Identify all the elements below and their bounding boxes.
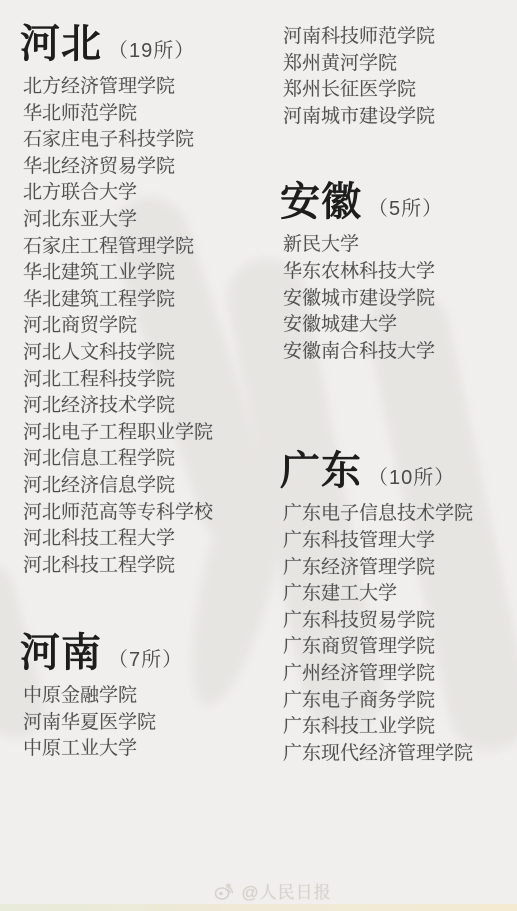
section-header-henan: 河南 （7所） bbox=[20, 629, 270, 677]
school-item: 河北科技工程大学 bbox=[23, 526, 270, 553]
school-item: 广东建工大学 bbox=[283, 581, 517, 608]
school-item: 郑州长征医学院 bbox=[283, 77, 517, 104]
school-item: 广东电子信息技术学院 bbox=[283, 501, 517, 528]
school-item: 广东现代经济管理学院 bbox=[283, 741, 517, 768]
school-item: 安徽南合科技大学 bbox=[283, 339, 517, 366]
left-column: 河北 （19所） 北方经济管理学院 华北师范学院 石家庄电子科技学院 华北经济贸… bbox=[20, 20, 270, 763]
province-name-hebei: 河北 bbox=[20, 20, 102, 68]
school-item: 新民大学 bbox=[283, 232, 517, 259]
section-header-anhui: 安徽 （5所） bbox=[280, 178, 517, 226]
province-name-anhui: 安徽 bbox=[280, 178, 362, 226]
school-item: 广东科技管理大学 bbox=[283, 528, 517, 555]
school-item: 河北科技工程学院 bbox=[23, 553, 270, 580]
school-item: 河北信息工程学院 bbox=[23, 446, 270, 473]
section-header-guangdong: 广东 （10所） bbox=[280, 447, 517, 495]
school-item: 石家庄工程管理学院 bbox=[23, 234, 270, 261]
school-item: 河北经济信息学院 bbox=[23, 473, 270, 500]
school-item: 华北建筑工业学院 bbox=[23, 260, 270, 287]
school-item: 河北电子工程职业学院 bbox=[23, 420, 270, 447]
school-item: 河南华夏医学院 bbox=[23, 710, 270, 737]
school-item: 河北商贸学院 bbox=[23, 313, 270, 340]
school-list-hebei: 北方经济管理学院 华北师范学院 石家庄电子科技学院 华北经济贸易学院 北方联合大… bbox=[20, 74, 270, 579]
school-item: 华北师范学院 bbox=[23, 101, 270, 128]
province-count-hebei: （19所） bbox=[108, 27, 195, 75]
school-list-henan: 中原金融学院 河南华夏医学院 中原工业大学 bbox=[20, 683, 270, 763]
school-item: 广东科技工业学院 bbox=[283, 714, 517, 741]
right-column: 河南科技师范学院 郑州黄河学院 郑州长征医学院 河南城市建设学院 安徽 （5所）… bbox=[280, 24, 517, 767]
weibo-icon bbox=[213, 881, 235, 901]
school-item: 北方经济管理学院 bbox=[23, 74, 270, 101]
bottom-edge-strip bbox=[0, 904, 517, 911]
section-hebei: 河北 （19所） 北方经济管理学院 华北师范学院 石家庄电子科技学院 华北经济贸… bbox=[20, 20, 270, 579]
province-count-henan: （7所） bbox=[108, 636, 183, 684]
school-item: 安徽城市建设学院 bbox=[283, 286, 517, 313]
section-anhui: 安徽 （5所） 新民大学 华东农林科技大学 安徽城市建设学院 安徽城建大学 安徽… bbox=[280, 178, 517, 365]
school-list-anhui: 新民大学 华东农林科技大学 安徽城市建设学院 安徽城建大学 安徽南合科技大学 bbox=[280, 232, 517, 365]
school-item: 中原工业大学 bbox=[23, 736, 270, 763]
province-name-guangdong: 广东 bbox=[280, 447, 362, 495]
school-item: 华北经济贸易学院 bbox=[23, 154, 270, 181]
province-count-guangdong: （10所） bbox=[368, 454, 455, 502]
school-item: 河北工程科技学院 bbox=[23, 367, 270, 394]
school-item: 郑州黄河学院 bbox=[283, 51, 517, 78]
school-item: 河北师范高等专科学校 bbox=[23, 500, 270, 527]
school-item: 河南城市建设学院 bbox=[283, 104, 517, 131]
province-name-henan: 河南 bbox=[20, 629, 102, 677]
section-guangdong: 广东 （10所） 广东电子信息技术学院 广东科技管理大学 广东经济管理学院 广东… bbox=[280, 447, 517, 767]
school-list-henan-continued: 河南科技师范学院 郑州黄河学院 郑州长征医学院 河南城市建设学院 bbox=[280, 24, 517, 130]
school-item: 广东科技贸易学院 bbox=[283, 608, 517, 635]
school-item: 河北人文科技学院 bbox=[23, 340, 270, 367]
section-header-hebei: 河北 （19所） bbox=[20, 20, 270, 68]
credit-text: @人民日报 bbox=[241, 878, 331, 903]
school-item: 安徽城建大学 bbox=[283, 312, 517, 339]
school-item: 华北建筑工程学院 bbox=[23, 287, 270, 314]
school-item: 中原金融学院 bbox=[23, 683, 270, 710]
school-item: 河北东亚大学 bbox=[23, 207, 270, 234]
credit-watermark: @人民日报 bbox=[14, 878, 517, 903]
school-item: 河北经济技术学院 bbox=[23, 393, 270, 420]
section-henan: 河南 （7所） 中原金融学院 河南华夏医学院 中原工业大学 bbox=[20, 629, 270, 763]
school-item: 河南科技师范学院 bbox=[283, 24, 517, 51]
province-count-anhui: （5所） bbox=[368, 185, 443, 233]
school-item: 广州经济管理学院 bbox=[283, 661, 517, 688]
school-item: 广东经济管理学院 bbox=[283, 555, 517, 582]
school-list-guangdong: 广东电子信息技术学院 广东科技管理大学 广东经济管理学院 广东建工大学 广东科技… bbox=[280, 501, 517, 767]
school-item: 石家庄电子科技学院 bbox=[23, 127, 270, 154]
school-item: 华东农林科技大学 bbox=[283, 259, 517, 286]
school-item: 广东电子商务学院 bbox=[283, 688, 517, 715]
school-item: 北方联合大学 bbox=[23, 180, 270, 207]
infographic-page: 河北 （19所） 北方经济管理学院 华北师范学院 石家庄电子科技学院 华北经济贸… bbox=[0, 0, 517, 911]
school-item: 广东商贸管理学院 bbox=[283, 634, 517, 661]
